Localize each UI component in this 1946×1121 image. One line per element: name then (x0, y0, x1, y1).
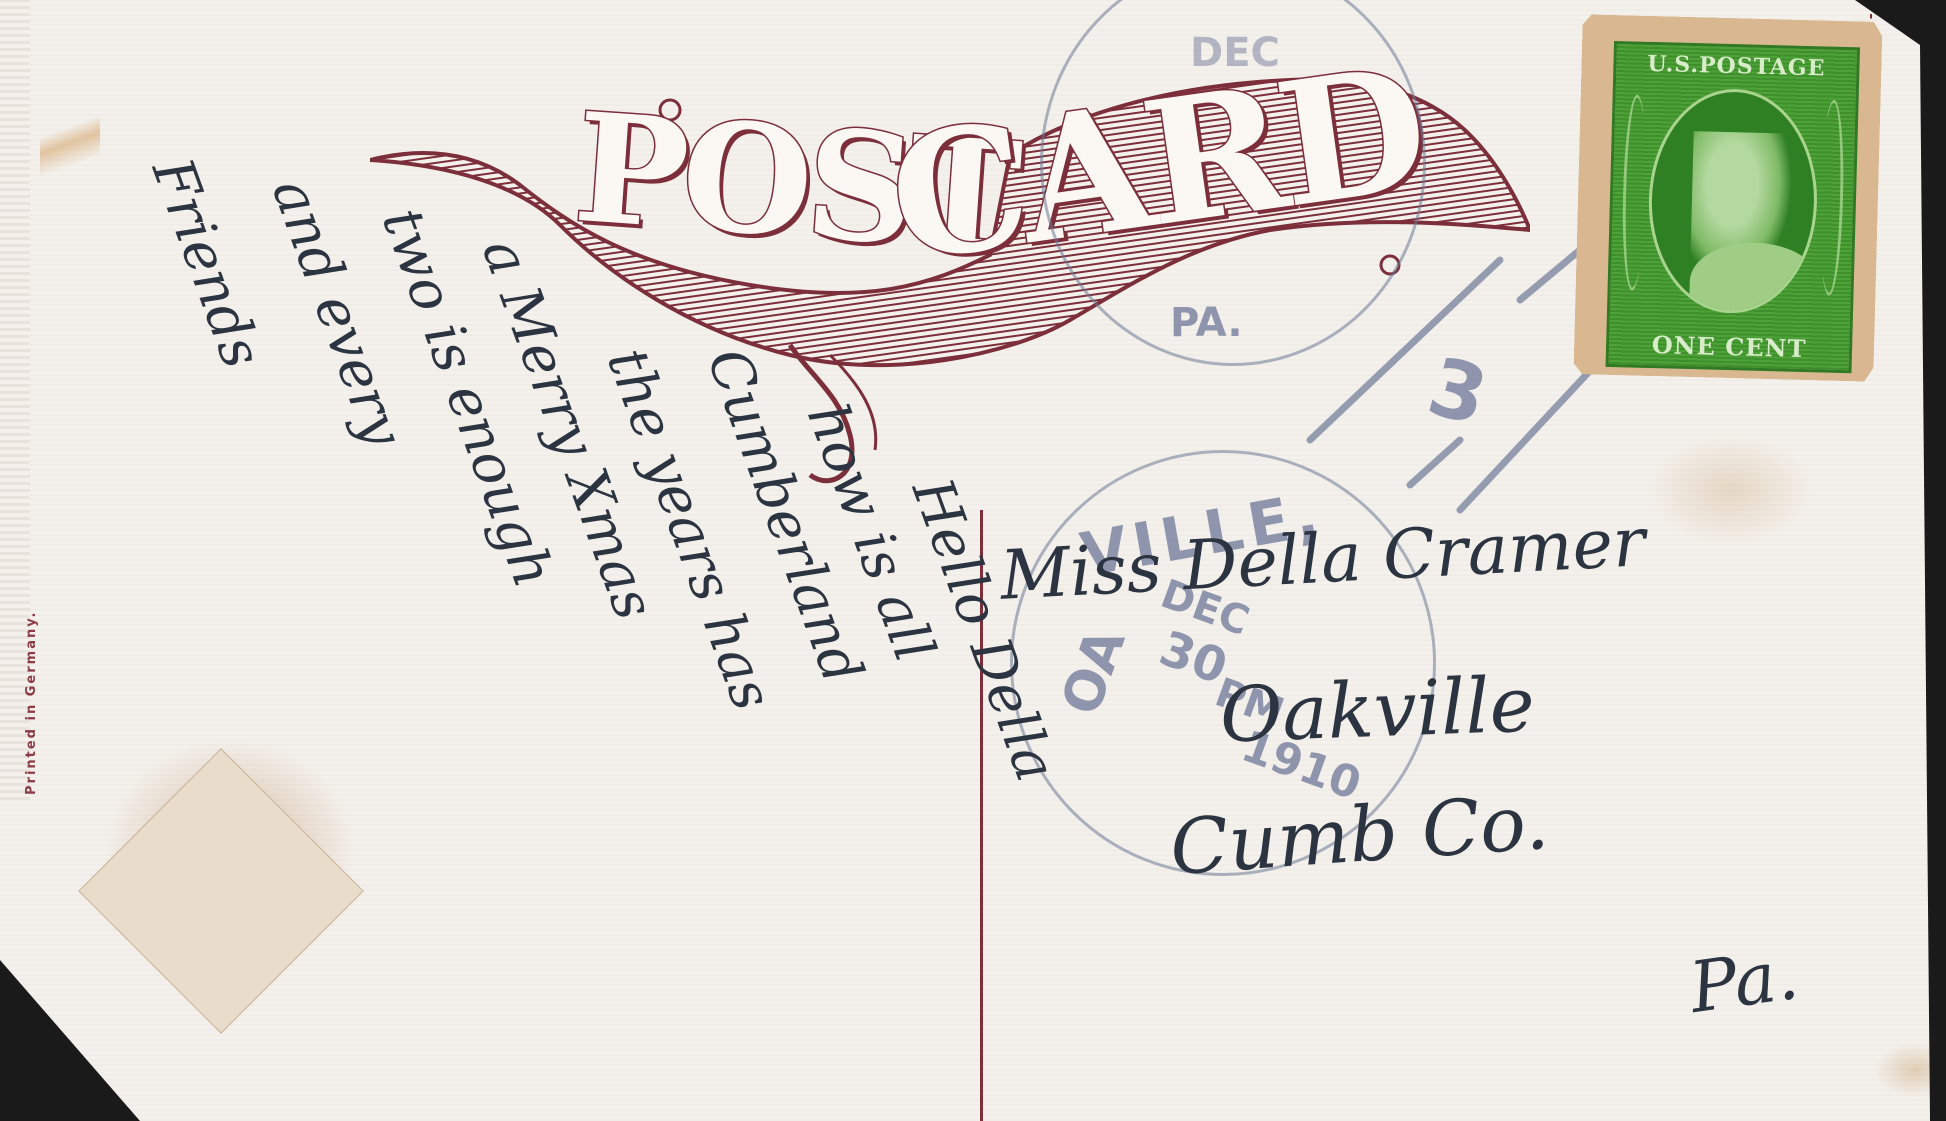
stamp-face: U.S.POSTAGE ONE CENT (1606, 41, 1860, 373)
stamp-bottom-text: ONE CENT (1609, 329, 1850, 364)
address-line-town: Oakville (1219, 660, 1536, 760)
stamp-top-text: U.S.POSTAGE (1616, 50, 1857, 82)
laurel-left-icon (1621, 94, 1649, 291)
postmark-upper-state: PA. (1170, 300, 1243, 346)
laurel-right-icon (1817, 99, 1845, 296)
postage-stamp: U.S.POSTAGE ONE CENT (1573, 14, 1882, 382)
address-line-state: Pa. (1685, 933, 1803, 1029)
stamp-portrait-frame (1646, 87, 1820, 315)
postmark-upper-month: DEC (1190, 30, 1280, 76)
postcard-back: Printed in Germany. POST CARD DEC PA. (0, 0, 1946, 1121)
printer-note: Printed in Germany. (24, 611, 39, 795)
crease-stain (40, 0, 100, 320)
